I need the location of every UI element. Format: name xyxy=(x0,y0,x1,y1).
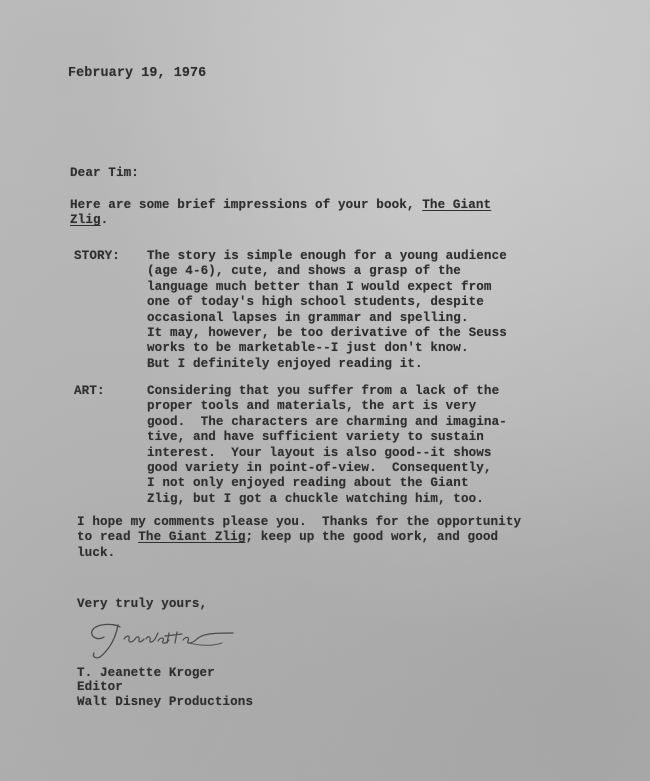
paragraph-line: The story is simple enough for a young a… xyxy=(147,249,507,264)
closing-line-2-suffix: ; keep up the good work, and good xyxy=(245,530,498,544)
paragraph-line: works to be marketable--I just don't kno… xyxy=(147,341,507,356)
signer-company: Walt Disney Productions xyxy=(77,695,253,709)
paragraph-line: tive, and have sufficient variety to sus… xyxy=(147,430,507,445)
paragraph-line: Zlig, but I got a chuckle watching him, … xyxy=(147,492,507,507)
story-label: STORY: xyxy=(74,249,120,264)
intro-text: Here are some brief impressions of your … xyxy=(70,198,422,212)
intro-paragraph: Here are some brief impressions of your … xyxy=(70,198,491,229)
paragraph-line: good. The characters are charming and im… xyxy=(147,415,507,430)
paragraph-line: But I definitely enjoyed reading it. xyxy=(147,357,507,372)
paragraph-line: good variety in point-of-view. Consequen… xyxy=(147,461,507,476)
complimentary-close: Very truly yours, xyxy=(77,597,207,612)
book-title-closing: The Giant Zlig xyxy=(138,530,245,544)
paragraph-line: Considering that you suffer from a lack … xyxy=(147,384,507,399)
story-paragraph: The story is simple enough for a young a… xyxy=(147,249,507,372)
closing-line-3: luck. xyxy=(77,546,115,560)
paragraph-line: (age 4-6), cute, and shows a grasp of th… xyxy=(147,264,507,279)
paragraph-line: It may, however, be too derivative of th… xyxy=(147,326,507,341)
paragraph-line: proper tools and materials, the art is v… xyxy=(147,399,507,414)
signer-name: T. Jeanette Kroger xyxy=(77,666,215,680)
letter-date: February 19, 1976 xyxy=(68,66,206,81)
art-paragraph: Considering that you suffer from a lack … xyxy=(147,384,507,507)
intro-period: . xyxy=(101,213,109,227)
paragraph-line: occasional lapses in grammar and spellin… xyxy=(147,311,507,326)
closing-line-1: I hope my comments please you. Thanks fo… xyxy=(77,515,521,529)
art-label: ART: xyxy=(74,384,105,399)
closing-paragraph: I hope my comments please you. Thanks fo… xyxy=(77,515,521,561)
closing-line-2-prefix: to read xyxy=(77,530,138,544)
handwritten-signature xyxy=(70,615,250,665)
paragraph-line: I not only enjoyed reading about the Gia… xyxy=(147,476,507,491)
signer-title: Editor xyxy=(77,680,123,694)
book-title: The Giant xyxy=(422,198,491,212)
signature-block: T. Jeanette Kroger Editor Walt Disney Pr… xyxy=(77,666,253,709)
salutation: Dear Tim: xyxy=(70,166,139,181)
paragraph-line: language much better than I would expect… xyxy=(147,280,507,295)
paragraph-line: interest. Your layout is also good--it s… xyxy=(147,446,507,461)
paragraph-line: one of today's high school students, des… xyxy=(147,295,507,310)
book-title-cont: Zlig xyxy=(70,213,101,227)
